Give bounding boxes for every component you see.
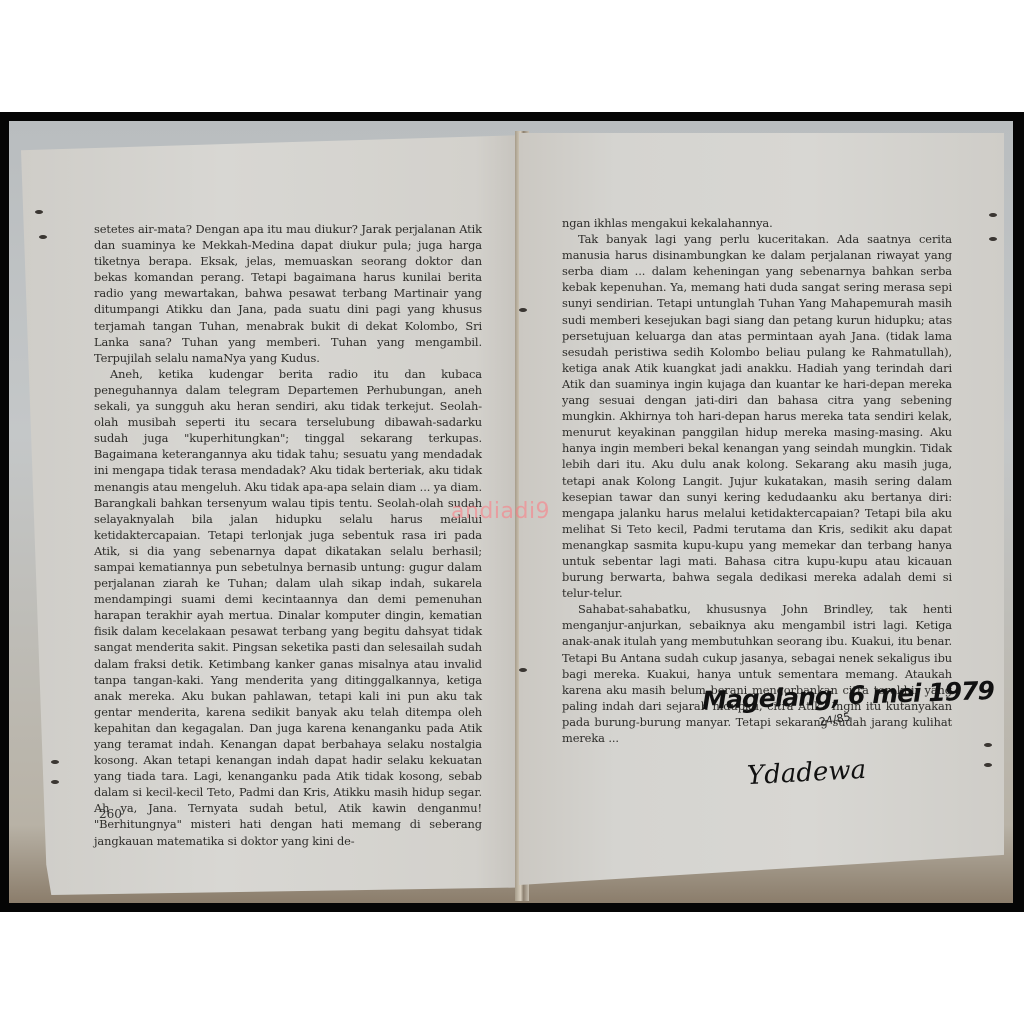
binding-hole-icon: [984, 763, 992, 767]
paragraph: Aneh, ketika kudengar berita radio itu d…: [94, 366, 482, 849]
right-page: ngan ikhlas mengakui kekalahannya. Tak b…: [519, 133, 1004, 885]
binding-hole-icon: [989, 237, 997, 241]
binding-hole-icon: [51, 780, 59, 784]
binding-hole-icon: [984, 743, 992, 747]
left-page-text: setetes air-mata? Dengan apa itu mau diu…: [94, 221, 482, 849]
page-number: 260: [99, 807, 122, 821]
right-page-text: ngan ikhlas mengakui kekalahannya. Tak b…: [562, 215, 952, 746]
binding-hole-icon: [519, 308, 527, 312]
handwritten-signature: Ydadewa: [746, 755, 867, 791]
paragraph: setetes air-mata? Dengan apa itu mau diu…: [94, 221, 482, 366]
binding-hole-icon: [51, 760, 59, 764]
paragraph: Sahabat-sahabatku, khususnya John Brindl…: [562, 601, 952, 746]
paragraph: ngan ikhlas mengakui kekalahannya.: [562, 215, 952, 231]
paragraph: Tak banyak lagi yang perlu kuceritakan. …: [562, 231, 952, 601]
binding-hole-icon: [989, 213, 997, 217]
binding-hole-icon: [35, 210, 43, 214]
watermark: andiadi9: [451, 499, 550, 524]
binding-hole-icon: [519, 668, 527, 672]
binding-hole-icon: [39, 235, 47, 239]
